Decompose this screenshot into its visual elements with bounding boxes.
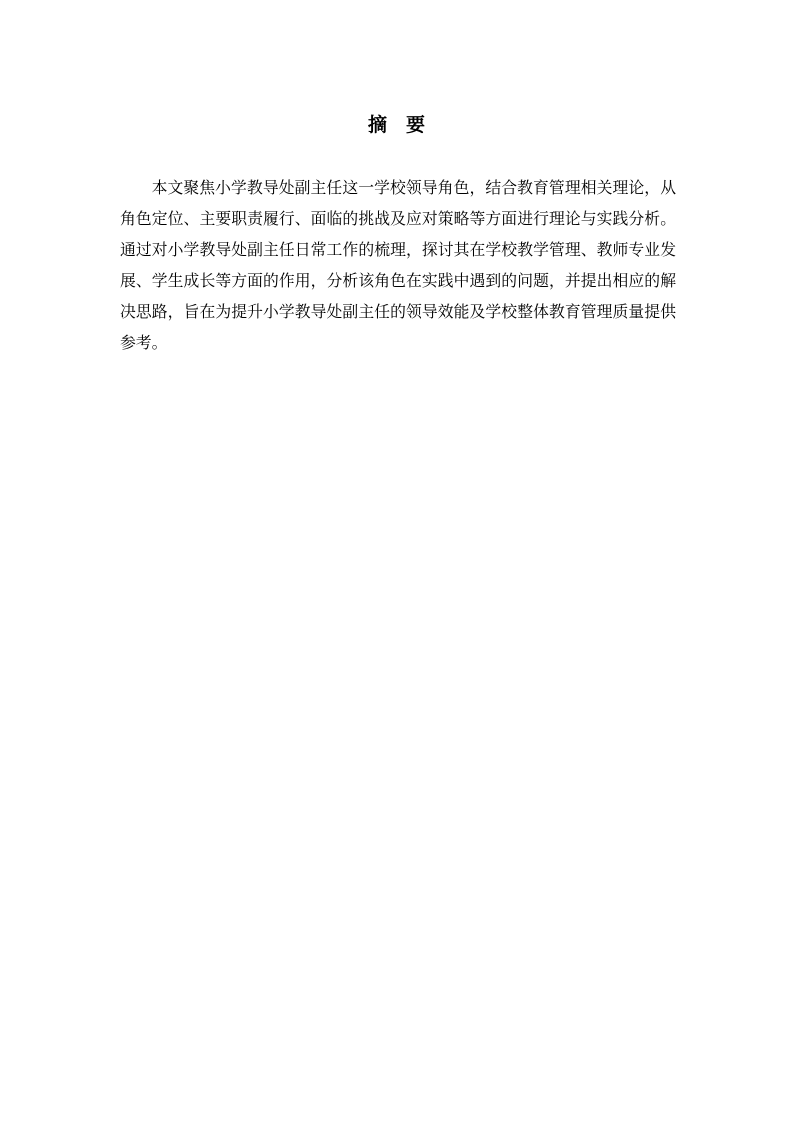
abstract-heading-char-1: 摘 [368, 114, 387, 136]
abstract-paragraph: 本文聚焦小学教导处副主任这一学校领导角色，结合教育管理相关理论，从角色定位、主要… [120, 172, 676, 358]
abstract-heading-char-2: 要 [406, 114, 425, 136]
abstract-heading: 摘要 [0, 113, 793, 137]
document-page: 摘要 本文聚焦小学教导处副主任这一学校领导角色，结合教育管理相关理论，从角色定位… [0, 0, 793, 1122]
